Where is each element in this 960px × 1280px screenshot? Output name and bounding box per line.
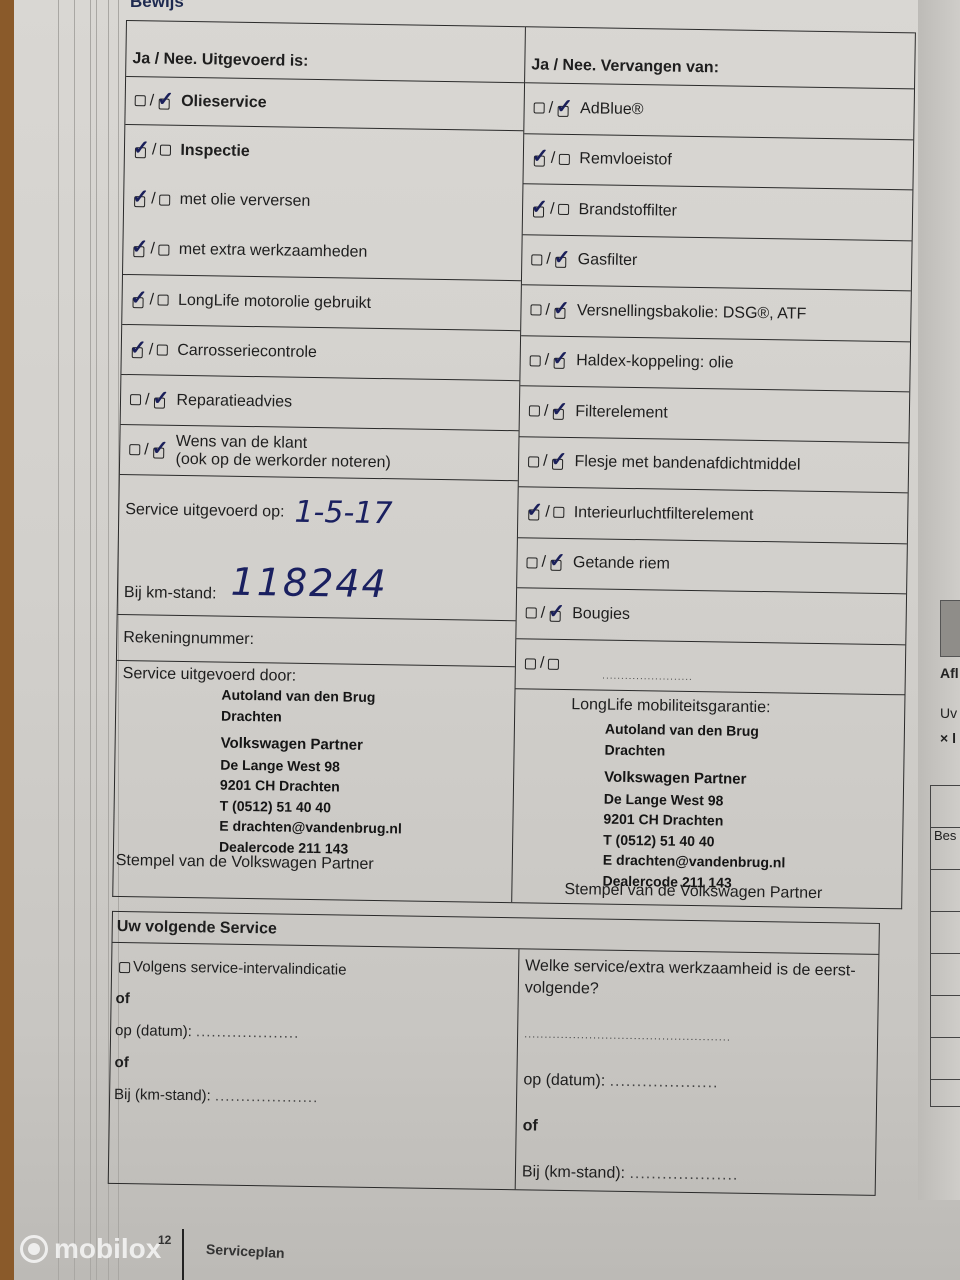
dealer-stamp: Autoland van den Brug Drachten Volkswage… [219,685,404,860]
checkmark-icon: ✓ [551,396,568,421]
stamp-line: Drachten [604,739,787,762]
item-label: Remvloeistof [579,150,672,169]
stamp-caption: Stempel van de Volkswagen Partner [116,852,374,874]
ja-checkbox-checked[interactable]: ✓ [133,143,149,157]
ja-checkbox[interactable] [526,557,537,568]
nee-checkbox[interactable] [554,507,565,518]
item-label: Filterelement [575,403,668,422]
replaced-item: /✓Versnellingsbakolie: DSG®, ATF [521,284,911,341]
checkmark-icon: ✓ [532,144,549,169]
ja-checkbox-checked[interactable]: ✓ [526,505,542,519]
stamp-caption: Stempel van de Volkswagen Partner [564,881,822,903]
performed-item: ✓/met extra werkzaamheden [123,224,522,280]
nee-checkbox[interactable] [548,658,559,669]
stamp-line: De Lange West 98 [604,788,787,811]
nee-checkbox-checked[interactable]: ✓ [157,94,173,108]
item-label: Haldex-koppeling: olie [576,352,734,372]
item-label: Reparatieadvies [176,391,292,411]
ja-checkbox[interactable] [528,456,539,467]
longlife-cell: LongLife mobiliteitsgarantie: Autoland v… [512,688,904,908]
adjacent-table: Bes [930,785,960,1107]
nee-checkbox-checked[interactable]: ✓ [551,404,567,418]
item-label: Gasfilter [578,251,638,270]
ja-checkbox-checked[interactable]: ✓ [130,293,146,307]
replaced-item: ✓/Interieurluchtfilterelement [518,486,908,543]
replaced-item: ✓/Remvloeistof [523,133,913,190]
ja-checkbox[interactable] [525,658,536,669]
ja-checkbox-checked[interactable]: ✓ [531,202,547,216]
item-label: Inspectie [180,141,250,160]
checkmark-icon: ✓ [552,346,569,371]
nee-checkbox[interactable] [160,194,171,205]
page-title: Bewijs [130,0,184,12]
item-label: LongLife motorolie gebruikt [178,291,371,312]
item-label: AdBlue® [580,100,644,119]
custom-item-field[interactable]: ........................ [602,670,693,682]
next-service-left: Volgens service-intervalindicatie of op … [109,943,520,1189]
ja-checkbox-checked[interactable]: ✓ [130,343,146,357]
account-label: Rekeningnummer: [123,629,254,649]
interval-option-label: Volgens service-intervalindicatie [133,958,347,978]
page-footer: mobilox 12 Serviceplan [0,1225,960,1280]
performed-item: /✓Olieservice [125,76,524,130]
next-km-label: Bij (km-stand): [522,1163,625,1182]
performed-column: Ja / Nee. Uitgevoerd is: /✓Olieservice✓/… [113,20,526,902]
replaced-item: /✓Haldex-koppeling: olie [520,335,910,392]
item-label: met extra werkzaamheden [179,241,368,262]
performed-item: ✓/Carrosseriecontrole [121,324,520,380]
service-date-row: Service uitgevoerd op: 1-5-17 [119,474,518,550]
stamp-line: De Lange West 98 [220,754,403,777]
footer-divider [182,1229,184,1280]
stamp-line: 9201 CH Drachten [603,809,786,832]
replaced-item: /✓Flesje met bandenafdichtmiddel [519,436,909,493]
account-row: Rekeningnummer: [117,614,516,666]
stamp-line: Autoland van den Brug [221,685,404,708]
replaced-header: Ja / Nee. Vervangen van: [525,26,915,88]
checkmark-icon: ✓ [133,135,150,160]
ja-checkbox-checked[interactable]: ✓ [131,242,147,256]
replaced-item: /........................ [516,638,906,695]
item-label: Flesje met bandenafdichtmiddel [574,453,800,475]
next-service-question: Welke service/extra werkzaamheid is de e… [525,955,873,1004]
service-form: Ja / Nee. Uitgevoerd is: /✓Olieservice✓/… [108,20,916,1196]
replaced-item: /✓Filterelement [520,385,910,442]
adjacent-text: Uv [940,705,957,721]
stamp-line: E drachten@vandenbrug.nl [603,850,786,873]
adjacent-text: Bes [931,828,960,870]
checkmark-icon: ✓ [157,86,174,111]
performed-item: ✓/met olie verversen [124,174,523,230]
performed-item: /✓Reparatieadvies [121,374,520,430]
next-km-label: Bij (km-stand): [114,1086,211,1105]
ja-checkbox[interactable] [129,444,140,455]
nee-checkbox-checked[interactable]: ✓ [552,354,568,368]
ja-checkbox[interactable] [135,95,146,106]
page-number: 12 [158,1233,171,1247]
nee-checkbox-checked[interactable]: ✓ [152,443,168,457]
item-label: Getande riem [573,554,670,574]
item-label: Bougies [572,605,630,624]
checkmark-icon: ✓ [152,435,169,460]
ja-checkbox-checked[interactable]: ✓ [132,192,148,206]
interval-checkbox[interactable] [119,962,130,973]
performed-item: /✓Wens van de klant(ook op de werkorder … [120,424,519,480]
checkmark-icon: ✓ [553,295,570,320]
ja-checkbox[interactable] [530,355,541,366]
watermark: mobilox [20,1233,161,1265]
nee-checkbox-checked[interactable]: ✓ [548,606,564,620]
dealer-stamp: Autoland van den Brug Drachten Volkswage… [602,719,787,894]
ja-checkbox[interactable] [531,254,542,265]
km-value[interactable]: 118244 [230,560,388,606]
stamp-line: T (0512) 51 40 40 [220,795,403,818]
item-label: Versnellingsbakolie: DSG®, ATF [577,302,807,324]
adjacent-text: Afl [940,665,959,681]
service-date-label: Service uitgevoerd op: [125,501,284,521]
performed-by-label: Service uitgevoerd door: [123,665,297,685]
next-service-right: Welke service/extra werkzaamheid is de e… [516,949,879,1195]
item-label: met olie verversen [179,191,310,211]
next-date-label: op (datum): [523,1071,605,1089]
replaced-column: Ja / Nee. Vervangen van: /✓AdBlue®✓/Remv… [512,26,915,908]
km-label: Bij km-stand: [124,584,217,603]
mobilox-logo-icon [20,1235,48,1263]
stamp-line: Volkswagen Partner [604,768,787,791]
checkmark-icon: ✓ [554,245,571,270]
nee-checkbox[interactable] [157,345,168,356]
checkmark-icon: ✓ [548,598,565,623]
stamp-line: T (0512) 51 40 40 [603,829,786,852]
replaced-item: /✓Bougies [516,587,906,644]
nee-checkbox[interactable] [558,204,569,215]
ja-checkbox[interactable] [130,394,141,405]
performed-item: ✓/LongLife motorolie gebruikt [122,274,521,330]
service-date-value[interactable]: 1-5-17 [294,495,393,532]
nee-checkbox-checked[interactable]: ✓ [549,556,565,570]
adjacent-page-image [940,600,960,657]
stamp-line: 9201 CH Drachten [220,775,403,798]
checkmark-icon: ✓ [130,335,147,360]
checkmark-icon: ✓ [152,385,169,410]
nee-checkbox-checked[interactable]: ✓ [550,455,566,469]
nee-checkbox[interactable] [159,244,170,255]
nee-checkbox-checked[interactable]: ✓ [556,102,572,116]
checkmark-icon: ✓ [131,234,148,259]
nee-checkbox-checked[interactable]: ✓ [554,253,570,267]
stamp-line: Autoland van den Brug [605,719,788,742]
nee-checkbox[interactable] [559,154,570,165]
service-table: Ja / Nee. Uitgevoerd is: /✓Olieservice✓/… [112,20,916,909]
checkmark-icon: ✓ [549,548,566,573]
next-date-label: op (datum): [115,1022,192,1040]
next-service-answer-field[interactable]: ........................................… [524,1023,871,1050]
item-label: Olieservice [181,92,267,111]
stamp-line: E drachten@vandenbrug.nl [219,816,402,839]
or-label: of [522,1115,869,1142]
next-date-field[interactable]: .................... [610,1073,719,1092]
item-label: Brandstoffilter [578,201,677,221]
ja-checkbox-checked[interactable]: ✓ [532,152,548,166]
longlife-label: LongLife mobiliteitsgarantie: [571,696,770,717]
stamp-line: Drachten [221,705,404,728]
ja-checkbox[interactable] [530,305,541,316]
adjacent-text: × l [940,730,956,746]
nee-checkbox[interactable] [158,295,169,306]
nee-checkbox-checked[interactable]: ✓ [553,303,569,317]
replaced-item: ✓/Brandstoffilter [523,183,913,240]
checkmark-icon: ✓ [550,447,567,472]
next-service-section: Uw volgende Service Volgens service-inte… [108,911,880,1196]
performed-by-cell: Service uitgevoerd door: Autoland van de… [114,660,515,880]
next-km-field[interactable]: .................... [215,1088,319,1107]
next-km-field[interactable]: .................... [629,1165,738,1184]
checkmark-icon: ✓ [130,285,147,310]
stamp-line: Volkswagen Partner [220,734,403,757]
ja-checkbox[interactable] [534,103,545,114]
item-label: Carrosseriecontrole [177,341,317,361]
next-date-field[interactable]: .................... [196,1023,300,1042]
performed-header: Ja / Nee. Uitgevoerd is: [126,20,525,82]
nee-checkbox[interactable] [160,145,171,156]
checkmark-icon: ✓ [556,94,573,119]
checkmark-icon: ✓ [132,184,149,209]
ja-checkbox[interactable] [529,406,540,417]
ja-checkbox[interactable] [526,608,537,619]
checkmark-icon: ✓ [531,194,548,219]
replaced-item: /✓Getande riem [517,537,907,594]
item-label: Interieurluchtfilterelement [574,504,754,525]
replaced-item: /✓AdBlue® [524,82,914,139]
performed-item: ✓/Inspectie [125,124,524,180]
km-row: Bij km-stand: 118244 [118,544,517,620]
item-label: Wens van de klant(ook op de werkorder no… [175,432,391,471]
nee-checkbox-checked[interactable]: ✓ [152,393,168,407]
replaced-item: /✓Gasfilter [522,234,912,291]
section-name: Serviceplan [206,1241,285,1261]
watermark-text: mobilox [54,1233,161,1265]
checkmark-icon: ✓ [526,497,543,522]
